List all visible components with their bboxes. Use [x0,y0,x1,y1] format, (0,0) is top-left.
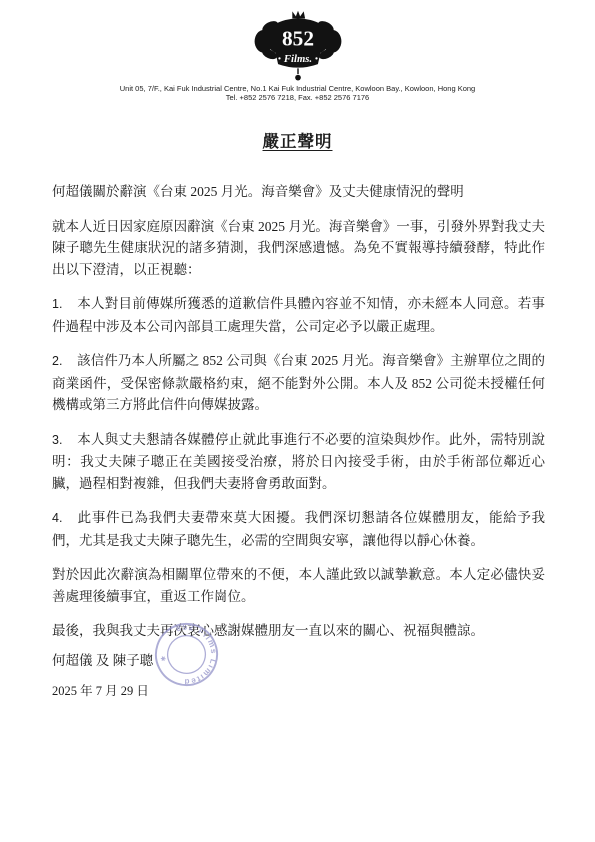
date-line: 2025 年 7 月 29 日 [52,681,545,703]
document-title: 嚴正聲明 [0,128,595,152]
logo-films-text: Films. [282,53,311,65]
point-3: 3.本人與丈夫懇請各媒體停止就此事進行不必要的渲染與炒作。此外，需特別說明：我丈… [52,429,545,495]
company-contact: Tel. +852 2576 7218, Fax. +852 2576 7176 [0,93,595,102]
point-4: 4.此事件已為我們夫妻帶來莫大困擾。我們深切懇請各位媒體朋友，能給予我們，尤其是… [52,507,545,551]
point-1-text: 本人對目前傳媒所獲悉的道歉信件具體內容並不知情，亦未經本人同意。若事件過程中涉及… [52,296,545,334]
crown-ornament [292,11,305,19]
point-2: 2.該信件乃本人所屬之 852 公司與《台東 2025 月光。海音樂會》主辦單位… [52,350,545,416]
apology-paragraph: 對於因此次辭演為相關單位帶來的不便，本人謹此致以誠摯歉意。本人定必儘快妥善處理後… [52,564,545,607]
point-3-number: 3. [52,430,77,452]
logo-852-text: 852 [282,27,314,51]
point-4-number: 4. [52,508,77,530]
company-address: Unit 05, 7/F., Kai Fuk Industrial Centre… [0,84,595,93]
thanks-paragraph: 最後，我與我丈夫再次衷心感謝媒體朋友一直以來的關心、祝福與體諒。 [52,620,545,642]
opening-paragraph: 就本人近日因家庭原因辭演《台東 2025 月光。海音樂會》一事，引發外界對我丈夫… [52,216,545,281]
statement-document: 852 Films. Unit 05, 7/F., Kai Fuk Indust… [0,0,595,842]
point-3-text: 本人與丈夫懇請各媒體停止就此事進行不必要的渲染與炒作。此外，需特別說明：我丈夫陳… [52,432,545,491]
point-4-text: 此事件已為我們夫妻帶來莫大困擾。我們深切懇請各位媒體朋友，能給予我們，尤其是我丈… [52,510,545,548]
statement-subject: 何超儀關於辭演《台東 2025 月光。海音樂會》及丈夫健康情況的聲明 [52,181,545,203]
point-2-number: 2. [52,351,77,373]
signature-line: 何超儀 及 陳子聰 [52,650,545,672]
point-1: 1.本人對目前傳媒所獲悉的道歉信件具體內容並不知情，亦未經本人同意。若事件過程中… [52,293,545,337]
letterhead: 852 Films. Unit 05, 7/F., Kai Fuk Indust… [0,0,595,102]
852-films-logo: 852 Films. [248,10,348,84]
point-2-text: 該信件乃本人所屬之 852 公司與《台東 2025 月光。海音樂會》主辦單位之間… [52,353,545,412]
pendant-ornament [295,75,301,81]
stamp-star-icon: ✱ [159,654,168,664]
point-1-number: 1. [52,294,77,316]
document-body: 何超儀關於辭演《台東 2025 月光。海音樂會》及丈夫健康情況的聲明 就本人近日… [52,181,545,703]
company-stamp: 852 Films Limited ✱ [154,622,219,687]
